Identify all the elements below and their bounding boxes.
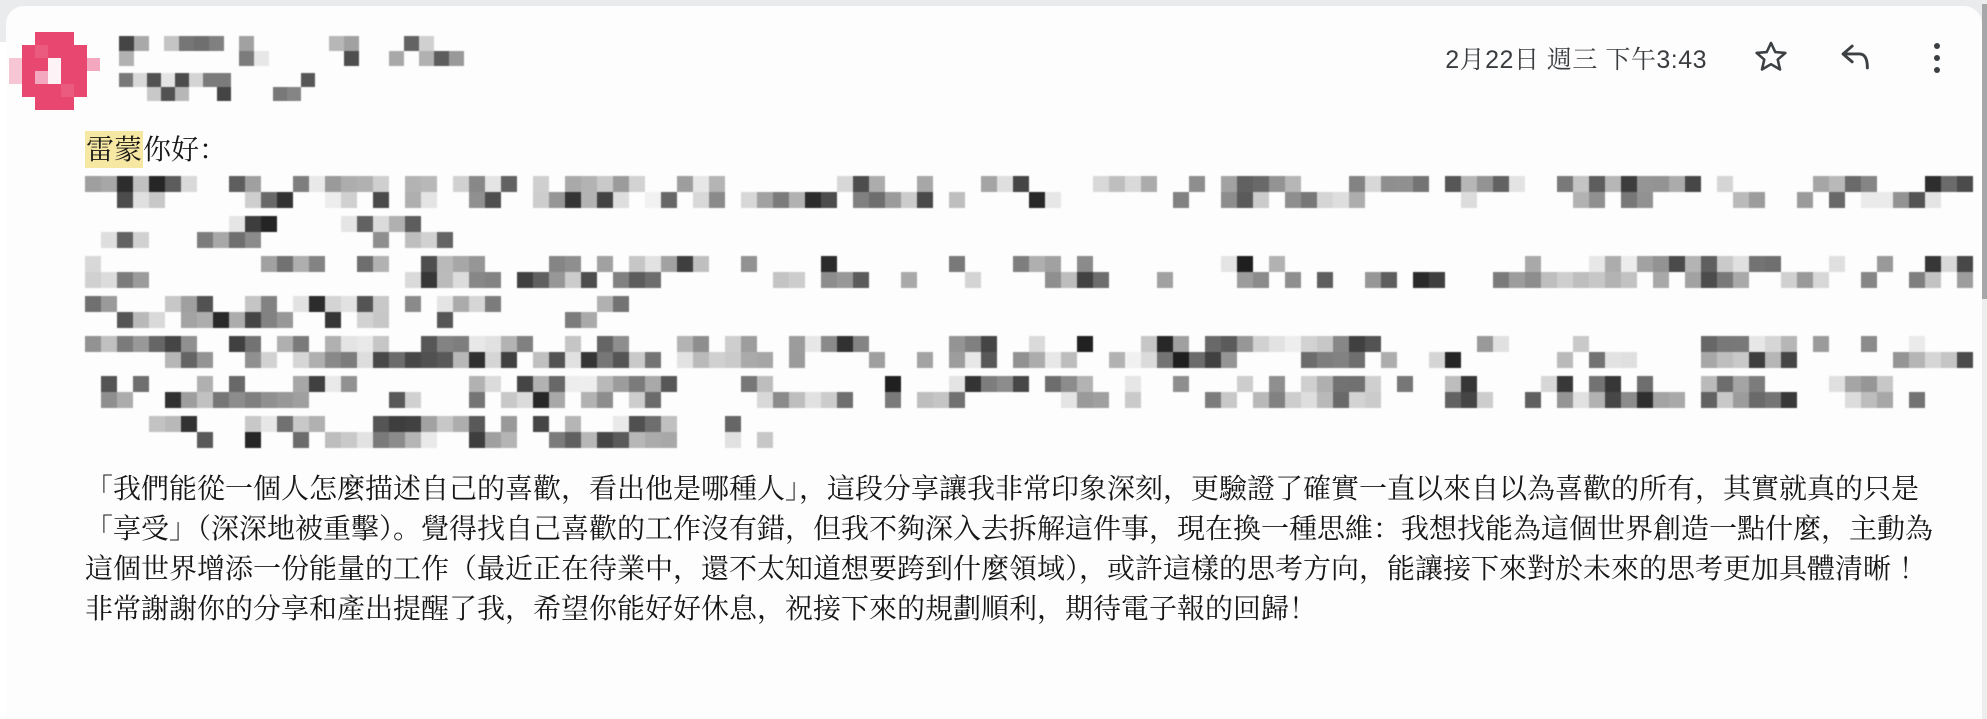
- email-date: 2月22日 週三 下午3:43: [1445, 40, 1707, 76]
- header-meta: 2月22日 週三 下午3:43: [1445, 34, 1956, 82]
- redacted-line: [85, 256, 1978, 288]
- sender-name-redacted: [119, 36, 531, 66]
- greeting-rest: 你好：: [143, 134, 227, 165]
- redacted-paragraph: [85, 176, 1950, 448]
- greeting-line: 雷蒙你好：: [85, 130, 1950, 170]
- email-header: 2月22日 週三 下午3:43: [6, 6, 1982, 120]
- sender-block: [119, 36, 531, 101]
- body-paragraph-1: 「我們能從一個人怎麼描述自己的喜歡，看出他是哪種人」，這段分享讓我非常印象深刻，…: [85, 469, 1950, 589]
- more-options-icon: [1934, 43, 1940, 73]
- email-body: 雷蒙你好： 「我們能從一個人怎麼描述自己的喜歡，看出他是哪種人」，這段分享讓我非…: [6, 130, 1982, 629]
- star-button[interactable]: [1752, 39, 1790, 77]
- redacted-line: [85, 296, 647, 328]
- sender-email-redacted: [119, 73, 325, 101]
- redacted-line: [85, 336, 1978, 368]
- body-paragraph-2: 非常謝謝你的分享和產出提醒了我，希望你能好好休息，祝接下來的規劃順利，期待電子報…: [85, 589, 1950, 629]
- search-highlight: 雷蒙: [85, 131, 143, 168]
- scrollbar-track[interactable]: [1982, 0, 1987, 719]
- scrollbar-thumb[interactable]: [1982, 4, 1987, 299]
- star-icon: [1753, 39, 1789, 78]
- reply-icon: [1837, 42, 1871, 75]
- redacted-line: [85, 416, 887, 448]
- body-text: 「我們能從一個人怎麼描述自己的喜歡，看出他是哪種人」，這段分享讓我非常印象深刻，…: [85, 469, 1950, 629]
- redacted-line: [85, 176, 1978, 208]
- more-options-button[interactable]: [1918, 39, 1956, 77]
- reply-button[interactable]: [1835, 39, 1873, 77]
- email-card: 2月22日 週三 下午3:43: [6, 6, 1982, 719]
- sender-avatar[interactable]: [9, 32, 100, 110]
- redacted-line: [85, 376, 1931, 408]
- redacted-line: [85, 216, 463, 248]
